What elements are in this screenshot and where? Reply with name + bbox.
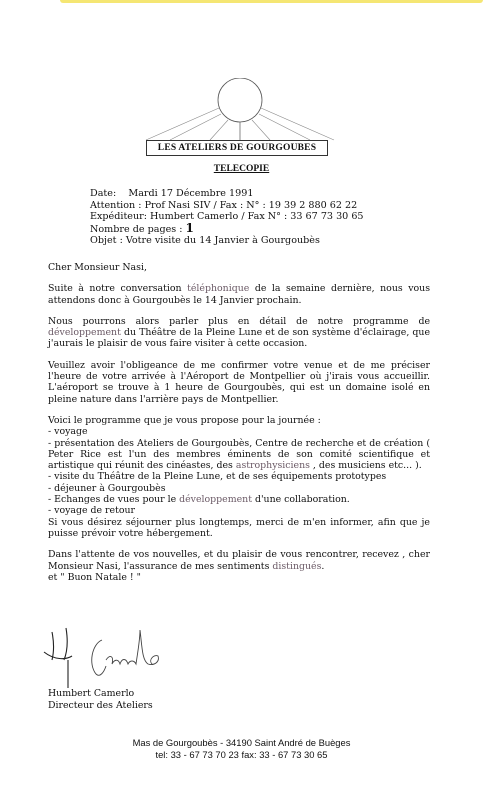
- program-intro: Voici le programme que je vous propose p…: [48, 415, 430, 426]
- footer-contact: tel: 33 - 67 73 70 23 fax: 33 - 67 73 30…: [0, 749, 483, 761]
- item-text-b: d'une collaboration.: [252, 494, 350, 505]
- sun-logo-icon: [140, 78, 340, 148]
- p2-faded-word: développement: [48, 327, 121, 338]
- program-item: - présentation des Ateliers de Gourgoubè…: [48, 438, 430, 472]
- handwritten-signature-icon: [40, 620, 180, 690]
- closing-wish: et " Buon Natale ! ": [48, 572, 430, 583]
- pages-value: 1: [186, 221, 194, 235]
- program-item: - déjeuner à Gourgoubès: [48, 483, 430, 494]
- item-text-b: , des musiciens etc... ).: [310, 460, 422, 471]
- pages-row: Nombre de pages : 1: [90, 223, 364, 236]
- program-item: - voyage: [48, 426, 430, 437]
- footer-address-block: Mas de Gourgoubès - 34190 Saint André de…: [0, 737, 483, 760]
- closing: Dans l'attente de vos nouvelles, et du p…: [48, 549, 430, 572]
- signer-block: Humbert Camerlo Directeur des Ateliers: [48, 688, 153, 711]
- p2-text-a: Nous pourrons alors parler plus en détai…: [48, 316, 430, 327]
- letter-body: Cher Monsieur Nasi, Suite à notre conver…: [48, 262, 430, 583]
- closing-faded-word: distingués: [272, 561, 321, 572]
- paragraph-arrival: Veuillez avoir l'obligeance de me confir…: [48, 360, 430, 405]
- subject-row: Objet : Votre visite du 14 Janvier à Gou…: [90, 235, 364, 247]
- attention-value: Prof Nasi SIV / Fax : N° : 19 39 2 880 6…: [145, 200, 358, 211]
- program-item: - visite du Théâtre de la Pleine Lune, e…: [48, 471, 430, 482]
- attention-label: Attention :: [90, 200, 142, 211]
- p1-text-a: Suite à notre conversation: [48, 283, 187, 294]
- program-item: - voyage de retour: [48, 505, 430, 516]
- date-value: Mardi 17 Décembre 1991: [128, 188, 253, 199]
- program-item: - Echanges de vues pour le développement…: [48, 494, 430, 505]
- sender-row: Expéditeur: Humbert Camerlo / Fax N° : 3…: [90, 211, 364, 223]
- paragraph-program: Nous pourrons alors parler plus en détai…: [48, 316, 430, 350]
- company-name: LES ATELIERS DE GOURGOUBES: [146, 140, 328, 156]
- fax-header: Date: Mardi 17 Décembre 1991 Attention :…: [90, 188, 364, 247]
- closing-text-a: Dans l'attente de vos nouvelles, et du p…: [48, 549, 430, 571]
- highlighter-strip: [60, 0, 483, 3]
- document-type-title: TELECOPIE: [0, 164, 483, 174]
- date-row: Date: Mardi 17 Décembre 1991: [90, 188, 364, 200]
- sender-value: Humbert Camerlo / Fax N° : 33 67 73 30 6…: [150, 211, 364, 222]
- p1-faded-word: téléphonique: [187, 283, 249, 294]
- closing-text-b: .: [321, 561, 324, 572]
- pages-label: Nombre de pages :: [90, 224, 182, 235]
- subject-value: Votre visite du 14 Janvier à Gourgoubès: [126, 235, 320, 246]
- item-faded-word: astrophysiciens: [236, 460, 310, 471]
- program-list: Voici le programme que je vous propose p…: [48, 415, 430, 517]
- salutation: Cher Monsieur Nasi,: [48, 262, 430, 273]
- stay-note: Si vous désirez séjourner plus longtemps…: [48, 517, 430, 540]
- item-faded-word: développement: [179, 494, 252, 505]
- sender-label: Expéditeur:: [90, 211, 147, 222]
- signer-title: Directeur des Ateliers: [48, 700, 153, 712]
- item-text-a: - Echanges de vues pour le: [48, 494, 179, 505]
- date-label: Date:: [90, 188, 116, 199]
- paragraph-intro: Suite à notre conversation téléphonique …: [48, 283, 430, 306]
- signer-name: Humbert Camerlo: [48, 688, 153, 700]
- footer-address: Mas de Gourgoubès - 34190 Saint André de…: [0, 737, 483, 749]
- subject-label: Objet :: [90, 235, 123, 246]
- attention-row: Attention : Prof Nasi SIV / Fax : N° : 1…: [90, 200, 364, 212]
